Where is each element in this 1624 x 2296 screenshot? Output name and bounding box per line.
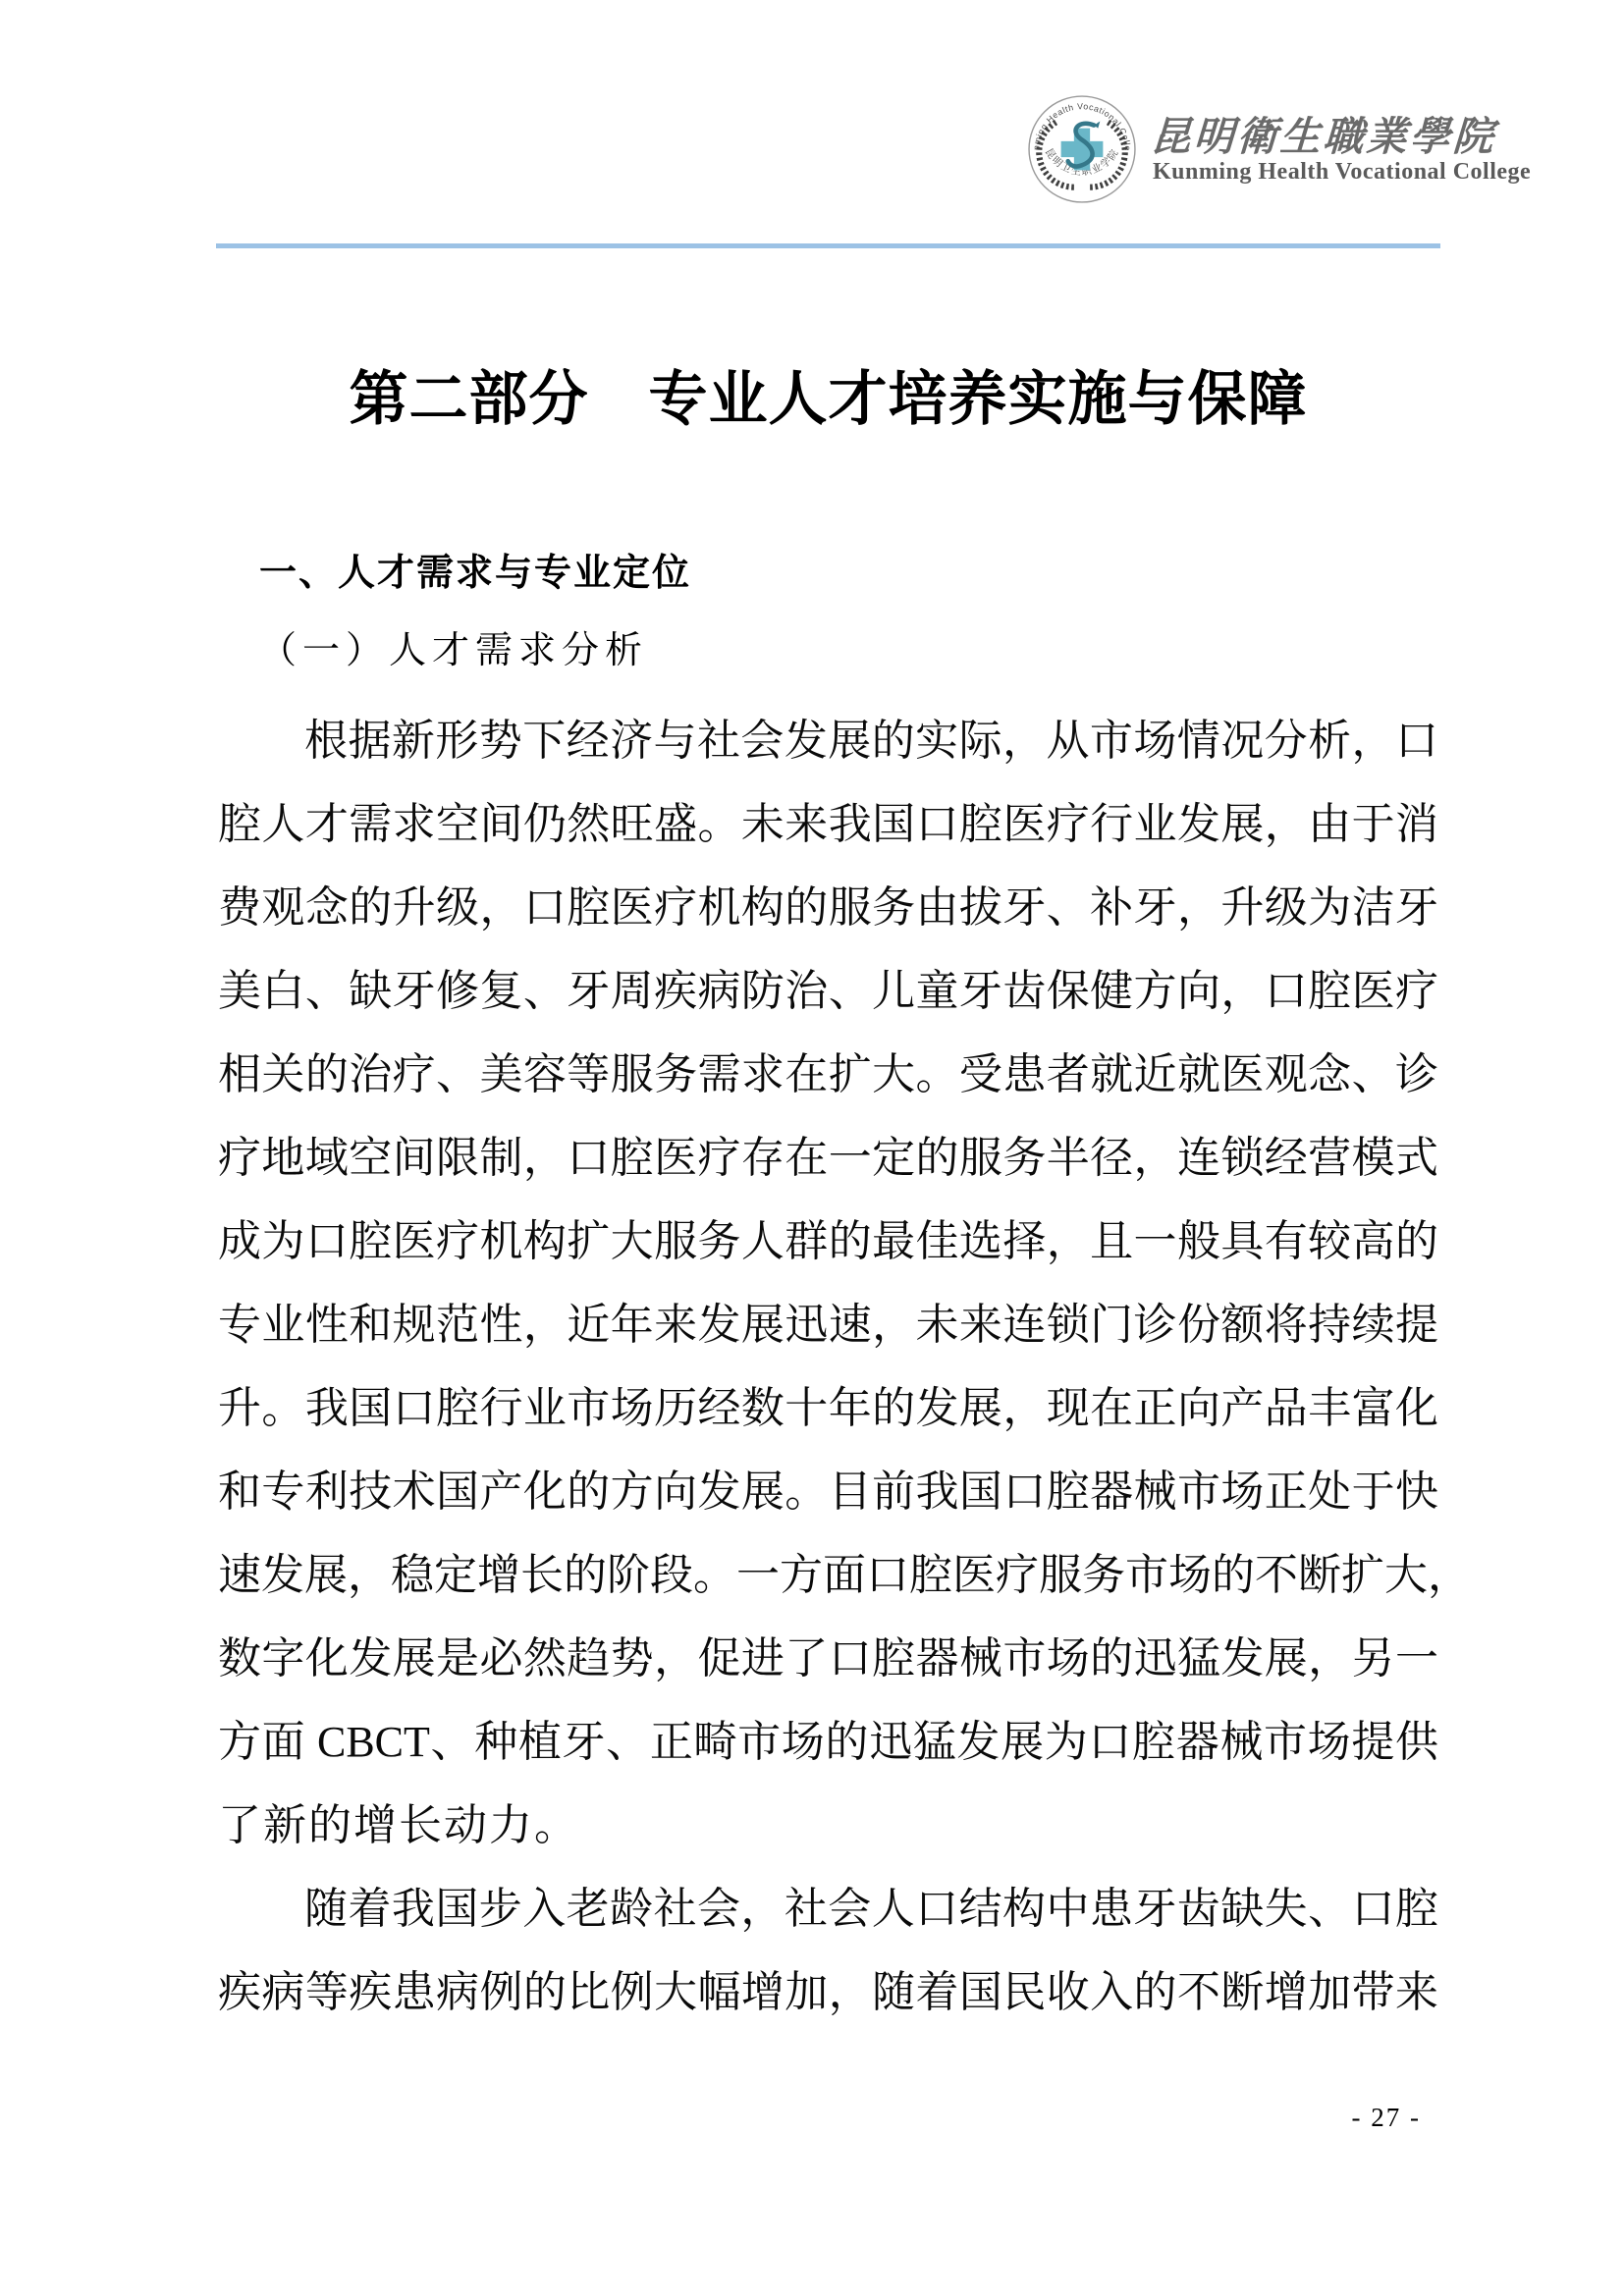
- body-text-line: 随着我国步入老龄社会，社会人口结构中患牙齿缺失、口腔: [218, 1867, 1438, 1950]
- body-text-line: 相关的治疗、美容等服务需求在扩大。受患者就近就医观念、诊: [218, 1033, 1438, 1116]
- subsection-heading: （一）人才需求分析: [259, 626, 648, 675]
- body-text: 根据新形势下经济与社会发展的实际，从市场情况分析，口 腔人才需求空间仍然旺盛。未…: [218, 699, 1438, 2034]
- section-heading: 一、人才需求与专业定位: [259, 550, 691, 597]
- body-text-line: 专业性和规范性，近年来发展迅速，未来连锁门诊份额将持续提: [218, 1283, 1438, 1366]
- part-title: 第二部分 专业人才培养实施与保障: [218, 367, 1438, 432]
- body-text-line: 腔人才需求空间仍然旺盛。未来我国口腔医疗行业发展，由于消: [218, 782, 1438, 866]
- body-text-line: 方面 CBCT、种植牙、正畸市场的迅猛发展为口腔器械市场提供: [218, 1700, 1438, 1784]
- body-text-line: 根据新形势下经济与社会发展的实际，从市场情况分析，口: [218, 699, 1438, 782]
- body-text-line: 和专利技术国产化的方向发展。目前我国口腔器械市场正处于快: [218, 1450, 1438, 1533]
- body-text-line: 了新的增长动力。: [218, 1784, 1438, 1867]
- document-page: Kunming Health Vocational College 昆明卫生职业…: [0, 0, 1624, 2296]
- page-number: - 27 -: [1352, 2103, 1421, 2133]
- body-text-line: 美白、缺牙修复、牙周疾病防治、儿童牙齿保健方向，口腔医疗: [218, 949, 1438, 1033]
- body-text-line: 费观念的升级，口腔医疗机构的服务由拔牙、补牙，升级为洁牙: [218, 866, 1438, 949]
- body-text-line: 升。我国口腔行业市场历经数十年的发展，现在正向产品丰富化: [218, 1366, 1438, 1450]
- body-text-line: 疾病等疾患病例的比例大幅增加，随着国民收入的不断增加带来: [218, 1950, 1438, 2034]
- body-text-line: 速发展，稳定增长的阶段。一方面口腔医疗服务市场的不断扩大，: [218, 1533, 1438, 1617]
- body-text-line: 数字化发展是必然趋势，促进了口腔器械市场的迅猛发展，另一: [218, 1617, 1438, 1700]
- document-content: 第二部分 专业人才培养实施与保障 一、人才需求与专业定位 （一）人才需求分析 根…: [218, 0, 1438, 2296]
- body-text-line: 疗地域空间限制，口腔医疗存在一定的服务半径，连锁经营模式: [218, 1116, 1438, 1200]
- body-text-line: 成为口腔医疗机构扩大服务人群的最佳选择，且一般具有较高的: [218, 1200, 1438, 1283]
